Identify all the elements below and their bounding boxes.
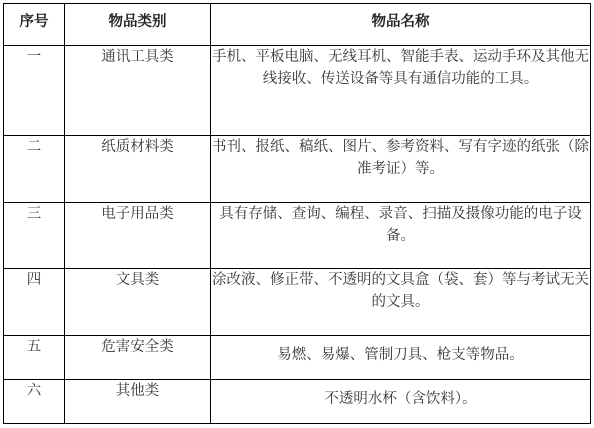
table-row: 六 其他类 不透明水杯（含饮料）。 <box>4 380 591 424</box>
row-category: 其他类 <box>65 380 211 424</box>
row-category: 危害安全类 <box>65 336 211 380</box>
header-item-names: 物品名称 <box>211 4 591 46</box>
prohibited-items-table: 序号 物品类别 物品名称 一 通讯工具类 手机、平板电脑、无线耳机、智能手表、运… <box>3 3 591 424</box>
row-items: 不透明水杯（含饮料）。 <box>211 380 591 424</box>
row-index: 五 <box>4 336 65 380</box>
table-row: 三 电子用品类 具有存储、查询、编程、录音、扫描及摄像功能的电子设备。 <box>4 203 591 269</box>
row-index: 四 <box>4 269 65 336</box>
row-category: 通讯工具类 <box>65 46 211 136</box>
header-category: 物品类别 <box>65 4 211 46</box>
header-row: 序号 物品类别 物品名称 <box>4 4 591 46</box>
row-items: 书刊、报纸、稿纸、图片、参考资料、写有字迹的纸张（除准考证）等。 <box>211 136 591 203</box>
row-index: 三 <box>4 203 65 269</box>
row-index: 六 <box>4 380 65 424</box>
row-items: 具有存储、查询、编程、录音、扫描及摄像功能的电子设备。 <box>211 203 591 269</box>
row-category: 纸质材料类 <box>65 136 211 203</box>
row-items: 涂改液、修正带、不透明的文具盒（袋、套）等与考试无关的文具。 <box>211 269 591 336</box>
row-items: 易燃、易爆、管制刀具、枪支等物品。 <box>211 336 591 380</box>
table-row: 二 纸质材料类 书刊、报纸、稿纸、图片、参考资料、写有字迹的纸张（除准考证）等。 <box>4 136 591 203</box>
row-category: 电子用品类 <box>65 203 211 269</box>
table-row: 一 通讯工具类 手机、平板电脑、无线耳机、智能手表、运动手环及其他无线接收、传送… <box>4 46 591 136</box>
row-category: 文具类 <box>65 269 211 336</box>
row-index: 二 <box>4 136 65 203</box>
row-index: 一 <box>4 46 65 136</box>
row-items: 手机、平板电脑、无线耳机、智能手表、运动手环及其他无线接收、传送设备等具有通信功… <box>211 46 591 136</box>
header-index: 序号 <box>4 4 65 46</box>
table-row: 四 文具类 涂改液、修正带、不透明的文具盒（袋、套）等与考试无关的文具。 <box>4 269 591 336</box>
table-row: 五 危害安全类 易燃、易爆、管制刀具、枪支等物品。 <box>4 336 591 380</box>
